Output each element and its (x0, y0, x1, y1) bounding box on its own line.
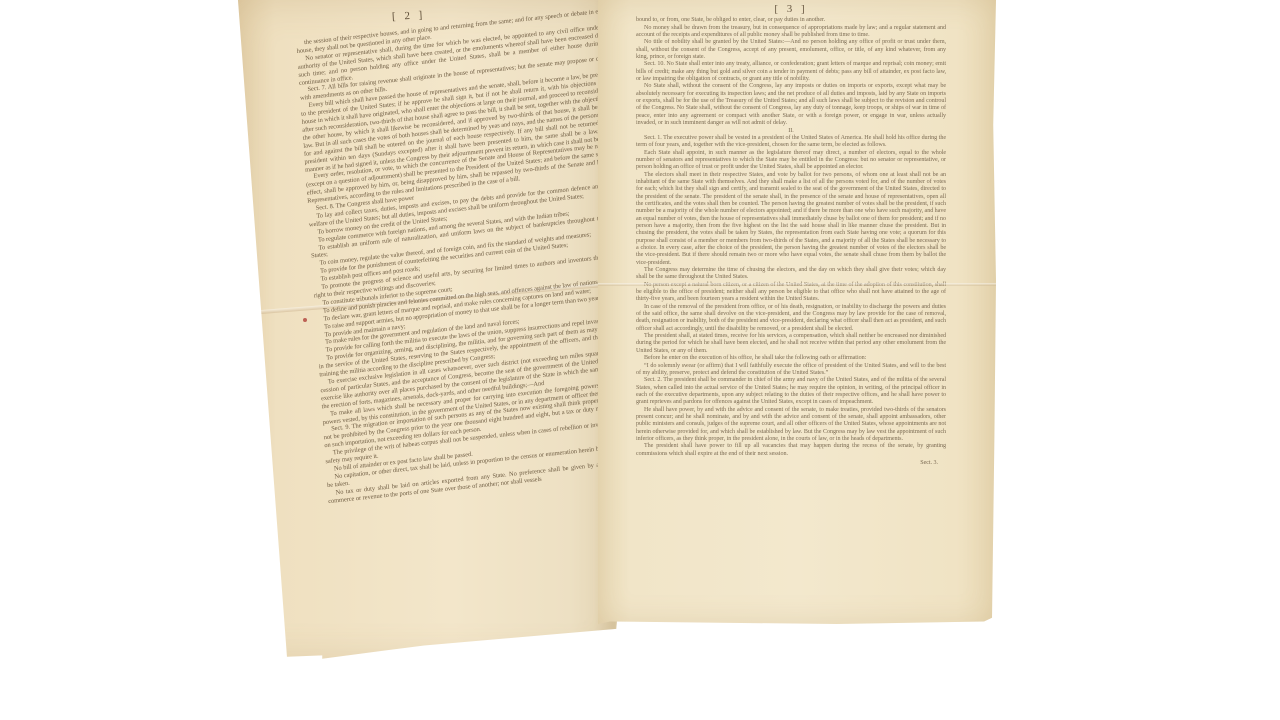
paragraph: The president shall have power to fill u… (636, 443, 946, 458)
right-page: [ 3 ] bound to, or from, one State, be o… (598, 0, 996, 624)
paragraph: Sect. 10. No State shall enter into any … (636, 61, 946, 83)
paragraph: The president shall, at stated times, re… (636, 333, 946, 355)
paragraph: No person except a natural born citizen,… (636, 282, 946, 304)
paragraph: Before he enter on the execution of his … (636, 355, 946, 362)
page-number: [ 2 ] (392, 9, 426, 23)
paragraph: Sect. 2. The president shall be commande… (636, 377, 946, 406)
paragraph: Each State shall appoint, in such manner… (636, 150, 946, 172)
paragraph: In case of the removal of the president … (636, 304, 946, 333)
paragraph: The electors shall meet in their respect… (636, 172, 946, 267)
paragraph: Sect. 1. The executive power shall be ve… (636, 135, 946, 150)
catchword: Sect. 3. (636, 460, 946, 467)
ink-stain (303, 318, 307, 322)
paragraph: No money shall be drawn from the treasur… (636, 25, 946, 40)
right-page-text: [ 3 ] bound to, or from, one State, be o… (636, 6, 946, 467)
paragraph: He shall have power, by and with the adv… (636, 407, 946, 444)
paragraph: bound to, or from, one State, be obliged… (636, 17, 946, 24)
left-page-text: the session of their respective houses, … (296, 7, 642, 506)
photo-scene: [ 2 ] the session of their respective ho… (0, 0, 1280, 720)
page-number: [ 3 ] (636, 6, 946, 13)
left-page: [ 2 ] the session of their respective ho… (236, 0, 628, 662)
paragraph: The Congress may determine the time of c… (636, 267, 946, 282)
paragraph: No State shall, without the consent of t… (636, 83, 946, 127)
article-heading: II. (636, 128, 946, 135)
paragraph: No title of nobility shall be granted by… (636, 39, 946, 61)
paragraph: “I do solemnly swear (or affirm) that I … (636, 363, 946, 378)
